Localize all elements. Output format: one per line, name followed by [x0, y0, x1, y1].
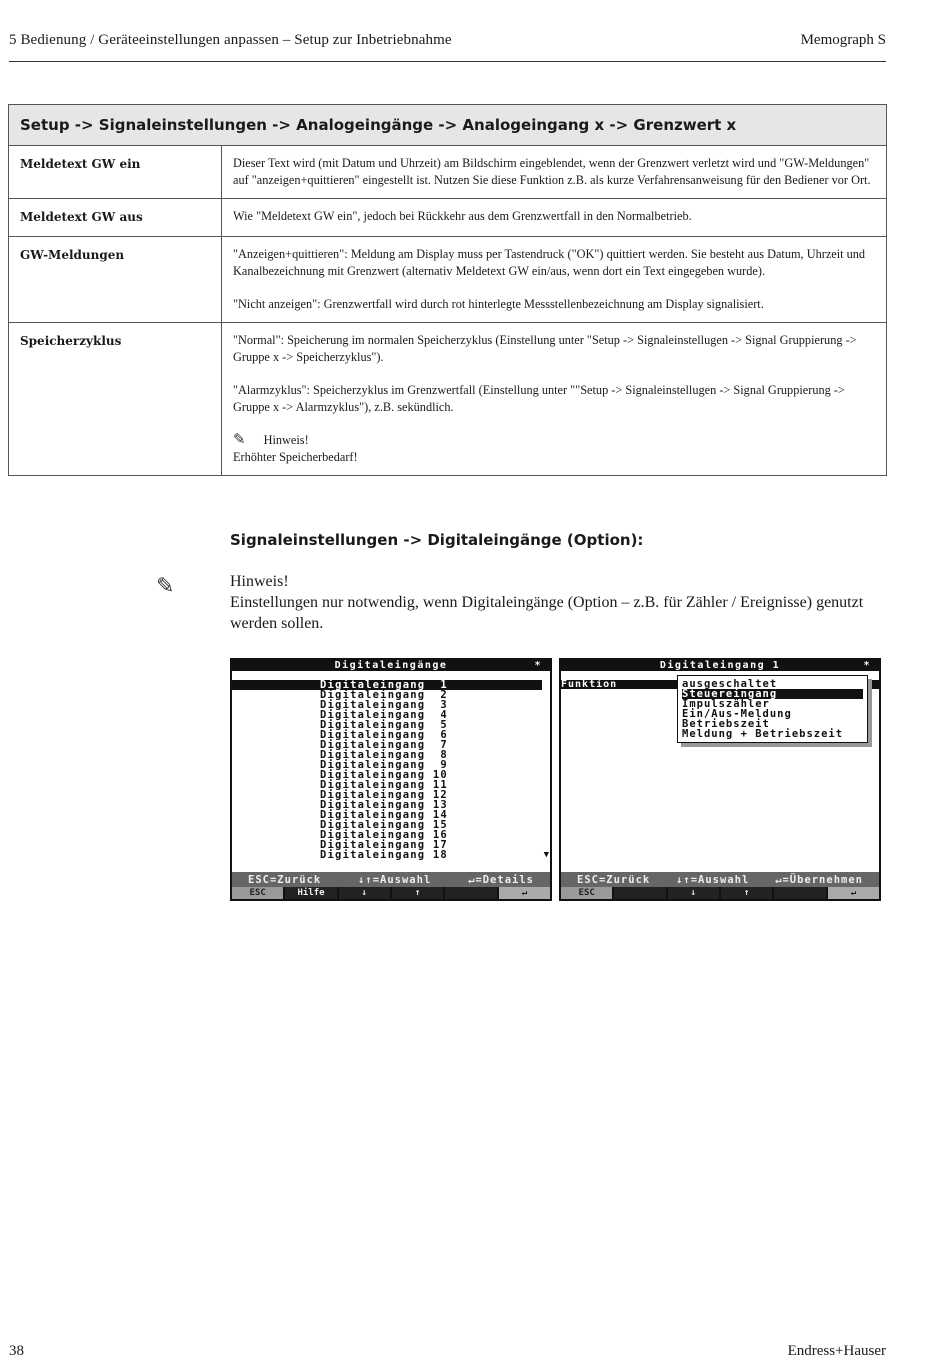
parameter-name: GW-Meldungen [9, 237, 222, 323]
brand-name: Endress+Hauser [788, 1343, 886, 1360]
table-row: Meldetext GW aus Wie "Meldetext GW ein",… [9, 199, 887, 237]
device-screen-digital-input-1: Digitaleingang 1 * Funktion ausgeschalte… [559, 658, 881, 901]
list-item[interactable]: Digitaleingang 18 [232, 850, 550, 860]
table-title: Setup -> Signaleinstellungen -> Analogei… [9, 105, 887, 146]
device-screen-digital-inputs: Digitaleingänge * Digitaleingang 1Digita… [230, 658, 552, 901]
description-paragraph: Dieser Text wird (mit Datum und Uhrzeit)… [233, 155, 875, 189]
page-footer: 38 Endress+Hauser [9, 1343, 886, 1360]
status-bar: ESC=Zurück ↓↑=Auswahl ↵=Details [232, 872, 550, 888]
description-paragraph: "Anzeigen+quittieren": Meldung am Displa… [233, 246, 875, 280]
scroll-down-icon[interactable]: ▼ [544, 850, 549, 860]
softkey-help[interactable]: Hilfe [285, 887, 336, 899]
pencil-icon: ✎ [156, 574, 174, 599]
description-paragraph: "Alarmzyklus": Speicherzyklus im Grenzwe… [233, 382, 875, 416]
pencil-icon: ✎ [233, 432, 246, 449]
table-row: Speicherzyklus "Normal": Speicherung im … [9, 323, 887, 476]
note-title: Hinweis! [230, 571, 890, 592]
field-label: Funktion [561, 679, 617, 690]
table-row: Meldetext GW ein Dieser Text wird (mit D… [9, 146, 887, 199]
star-icon: * [863, 660, 871, 671]
softkey-up[interactable]: ↑ [721, 887, 772, 899]
status-hint: ESC=Zurück [577, 872, 650, 888]
softkey-empty[interactable] [774, 887, 825, 899]
product-name: Memograph S [801, 32, 886, 49]
status-hint: ↵=Details [468, 872, 534, 888]
note: ✎ Hinweis! [233, 432, 875, 449]
parameter-description: Wie "Meldetext GW ein", jedoch bei Rückk… [222, 199, 887, 237]
status-bar: ESC=Zurück ↓↑=Auswahl ↵=Übernehmen [561, 872, 879, 888]
digital-input-list: Digitaleingang 1Digitaleingang 2Digitale… [232, 680, 550, 860]
parameter-description: Dieser Text wird (mit Datum und Uhrzeit)… [222, 146, 887, 199]
parameter-name: Meldetext GW ein [9, 146, 222, 199]
note-text: Erhöhter Speicherbedarf! [233, 449, 875, 466]
page-header: 5 Bedienung / Geräteeinstellungen anpass… [9, 32, 886, 62]
description-paragraph: Wie "Meldetext GW ein", jedoch bei Rückk… [233, 208, 875, 225]
parameter-table: Setup -> Signaleinstellungen -> Analogei… [8, 104, 887, 476]
status-hint: ESC=Zurück [248, 872, 321, 888]
status-hint: ↓↑=Auswahl [358, 872, 431, 888]
section-title: Signaleinstellungen -> Digitaleingänge (… [230, 531, 643, 549]
parameter-name: Speicherzyklus [9, 323, 222, 476]
note: Hinweis! Einstellungen nur notwendig, we… [230, 571, 890, 634]
star-icon: * [534, 660, 542, 671]
softkey-bar: ESC ↓ ↑ ↵ [561, 887, 879, 899]
screen-titlebar: Digitaleingang 1 * [561, 660, 879, 671]
status-hint: ↓↑=Auswahl [676, 872, 749, 888]
softkey-enter[interactable]: ↵ [828, 887, 879, 899]
parameter-name: Meldetext GW aus [9, 199, 222, 237]
note-title: Hinweis! [264, 432, 309, 449]
screen-title: Digitaleingänge [335, 660, 448, 671]
chapter-title: 5 Bedienung / Geräteeinstellungen anpass… [9, 32, 452, 49]
softkey-empty[interactable] [614, 887, 665, 899]
note-text: Einstellungen nur notwendig, wenn Digita… [230, 592, 890, 634]
softkey-empty[interactable] [445, 887, 496, 899]
parameter-description: "Anzeigen+quittieren": Meldung am Displa… [222, 237, 887, 323]
softkey-down[interactable]: ↓ [339, 887, 390, 899]
description-paragraph: "Nicht anzeigen": Grenzwertfall wird dur… [233, 296, 875, 313]
softkey-down[interactable]: ↓ [668, 887, 719, 899]
table-row: GW-Meldungen "Anzeigen+quittieren": Meld… [9, 237, 887, 323]
function-dropdown-popup: ausgeschaltetSteuereingangImpulszählerEi… [677, 675, 868, 743]
parameter-description: "Normal": Speicherung im normalen Speich… [222, 323, 887, 476]
description-paragraph: "Normal": Speicherung im normalen Speich… [233, 332, 875, 366]
dropdown-option[interactable]: Meldung + Betriebszeit [682, 729, 863, 739]
softkey-bar: ESC Hilfe ↓ ↑ ↵ [232, 887, 550, 899]
page-number: 38 [9, 1343, 24, 1359]
softkey-up[interactable]: ↑ [392, 887, 443, 899]
softkey-esc[interactable]: ESC [561, 887, 612, 899]
softkey-esc[interactable]: ESC [232, 887, 283, 899]
screen-title: Digitaleingang 1 [660, 660, 780, 671]
softkey-enter[interactable]: ↵ [499, 887, 550, 899]
screen-titlebar: Digitaleingänge * [232, 660, 550, 671]
status-hint: ↵=Übernehmen [775, 872, 863, 888]
